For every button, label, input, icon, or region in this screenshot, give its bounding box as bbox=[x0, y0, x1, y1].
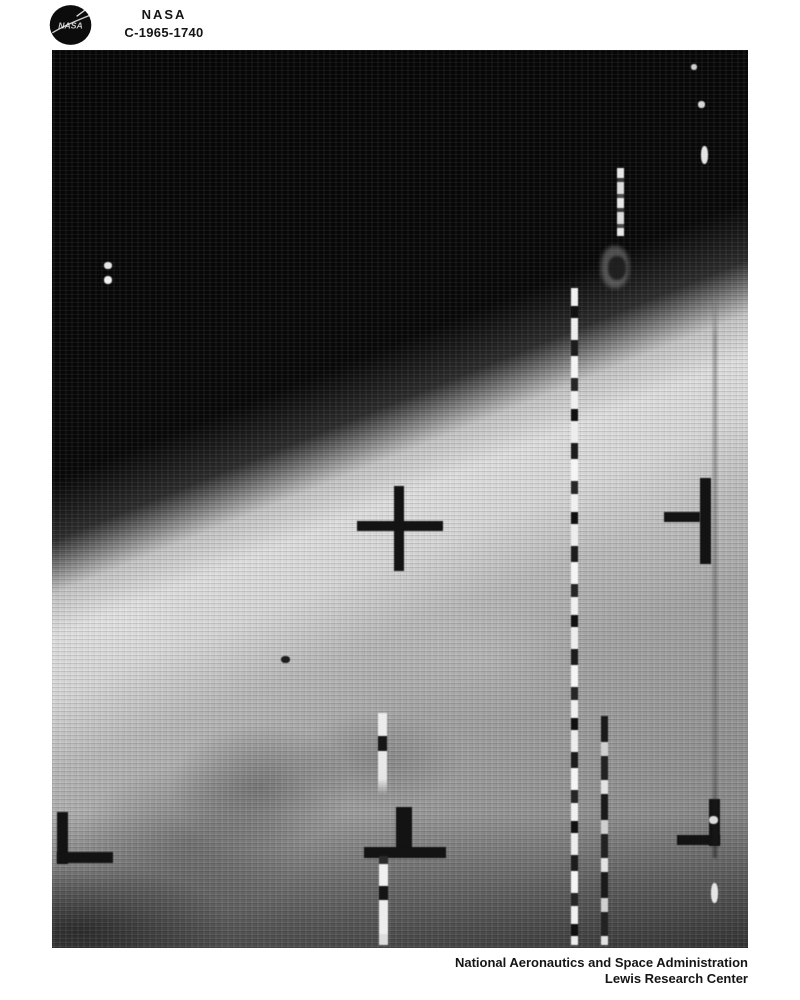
footer-caption: National Aeronautics and Space Administr… bbox=[455, 955, 748, 987]
speck-white-left-2 bbox=[104, 276, 112, 284]
scratch-line-right bbox=[713, 298, 717, 858]
nasa-meatball-logo-icon: NASA bbox=[48, 2, 100, 48]
fiducial-tack-right bbox=[664, 512, 700, 522]
logo-wordmark: NASA bbox=[58, 20, 83, 30]
speck-white-left-1 bbox=[104, 262, 112, 269]
fiducial-corner-bottom-left bbox=[57, 852, 113, 863]
smudge-dark-core-right bbox=[608, 256, 626, 280]
speck-white-top-right-1 bbox=[691, 64, 697, 70]
scanned-photo bbox=[52, 50, 748, 948]
fiducial-tee-bottom-center bbox=[364, 847, 446, 858]
photo-id-number: C-1965-1740 bbox=[116, 25, 212, 40]
footer-center-line: Lewis Research Center bbox=[455, 971, 748, 987]
dropout-line-main bbox=[571, 288, 578, 945]
speck-dark-surface bbox=[281, 656, 290, 663]
dropout-line-lower-right bbox=[601, 716, 608, 945]
header-id-block: NASA C-1965-1740 bbox=[116, 7, 212, 40]
dash-white-bottom-right bbox=[711, 883, 718, 903]
notch-white-corner-right bbox=[709, 816, 718, 824]
dropout-line-above-bottom-tee bbox=[378, 713, 387, 795]
speck-white-top-right-2 bbox=[698, 101, 705, 108]
footer-agency-line: National Aeronautics and Space Administr… bbox=[455, 955, 748, 971]
fiducial-cross-center bbox=[394, 486, 404, 571]
dropout-line-below-bottom-tee bbox=[379, 856, 388, 945]
fiducial-tack-right bbox=[700, 478, 711, 564]
dropout-line-upper-right bbox=[617, 168, 624, 236]
agency-name: NASA bbox=[116, 7, 212, 22]
speck-white-top-right-3 bbox=[701, 146, 708, 164]
photo-print-page: NASA NASA C-1965-1740 National Aeronauti… bbox=[0, 0, 800, 1000]
fiducial-tee-bottom-center bbox=[396, 807, 412, 849]
